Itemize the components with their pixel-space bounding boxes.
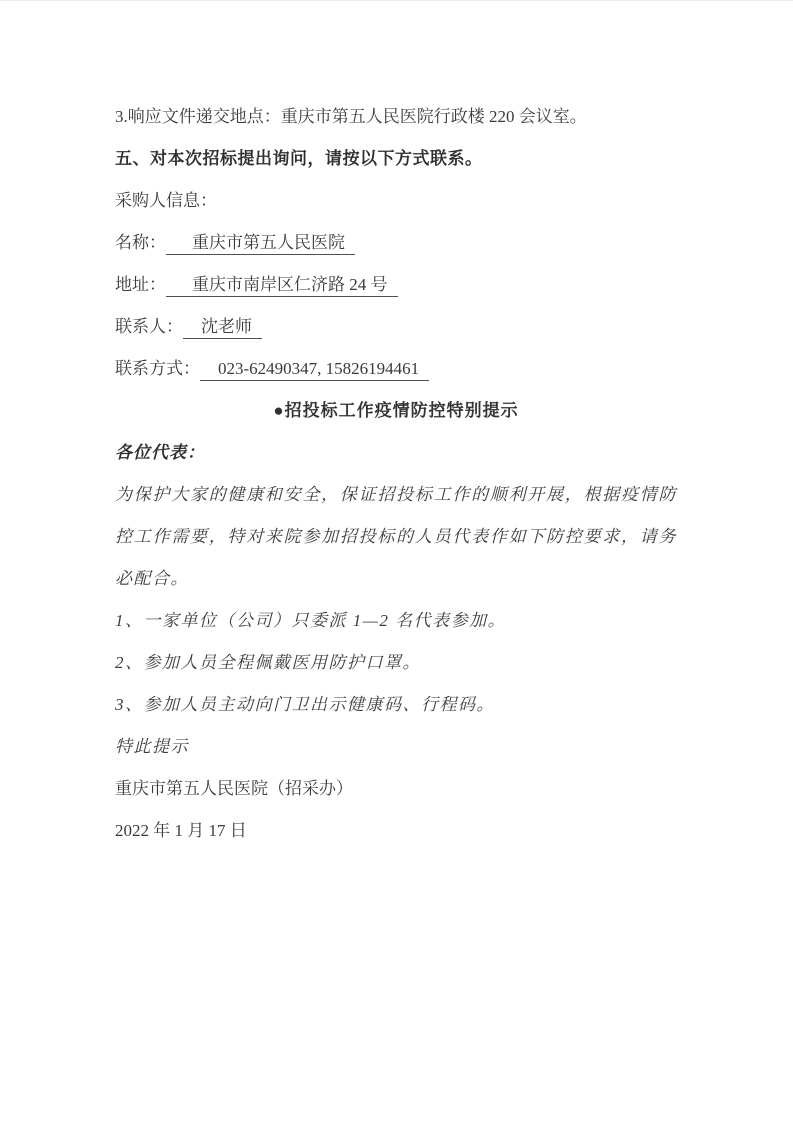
notice-salutation: 各位代表：: [115, 432, 677, 474]
field-contact-method: 联系方式：023-62490347, 15826194461: [115, 348, 677, 390]
notice-title: ●招投标工作疫情防控特别提示: [115, 390, 677, 432]
field-contact-method-value: 023-62490347, 15826194461: [200, 359, 429, 381]
notice-closing: 特此提示: [115, 726, 677, 768]
signature-line: 重庆市第五人民医院（招采办）: [115, 768, 677, 810]
notice-item-1: 1、一家单位（公司）只委派 1—2 名代表参加。: [115, 600, 677, 642]
field-address: 地址：重庆市南岸区仁济路 24 号: [115, 264, 677, 306]
field-name: 名称：重庆市第五人民医院: [115, 222, 677, 264]
notice-item-3: 3、参加人员主动向门卫出示健康码、行程码。: [115, 684, 677, 726]
field-contact-person-label: 联系人：: [115, 317, 183, 336]
notice-item-2: 2、参加人员全程佩戴医用防护口罩。: [115, 642, 677, 684]
field-contact-person-value: 沈老师: [183, 317, 262, 339]
field-contact-person: 联系人：沈老师: [115, 306, 677, 348]
delivery-location-line: 3.响应文件递交地点：重庆市第五人民医院行政楼 220 会议室。: [115, 96, 677, 138]
notice-title-text: 招投标工作疫情防控特别提示: [285, 401, 519, 420]
document-page: 3.响应文件递交地点：重庆市第五人民医院行政楼 220 会议室。 五、对本次招标…: [0, 0, 793, 1122]
purchaser-info-label: 采购人信息：: [115, 180, 677, 222]
bullet-icon: ●: [273, 401, 284, 420]
field-name-value: 重庆市第五人民医院: [166, 233, 355, 255]
date-line: 2022 年 1 月 17 日: [115, 810, 677, 852]
field-name-label: 名称：: [115, 233, 166, 252]
field-contact-method-label: 联系方式：: [115, 359, 200, 378]
field-address-label: 地址：: [115, 275, 166, 294]
field-address-value: 重庆市南岸区仁济路 24 号: [166, 275, 398, 297]
section-five-heading: 五、对本次招标提出询问，请按以下方式联系。: [115, 138, 677, 180]
notice-body-paragraph: 为保护大家的健康和安全，保证招投标工作的顺利开展，根据疫情防控工作需要，特对来院…: [115, 474, 677, 600]
